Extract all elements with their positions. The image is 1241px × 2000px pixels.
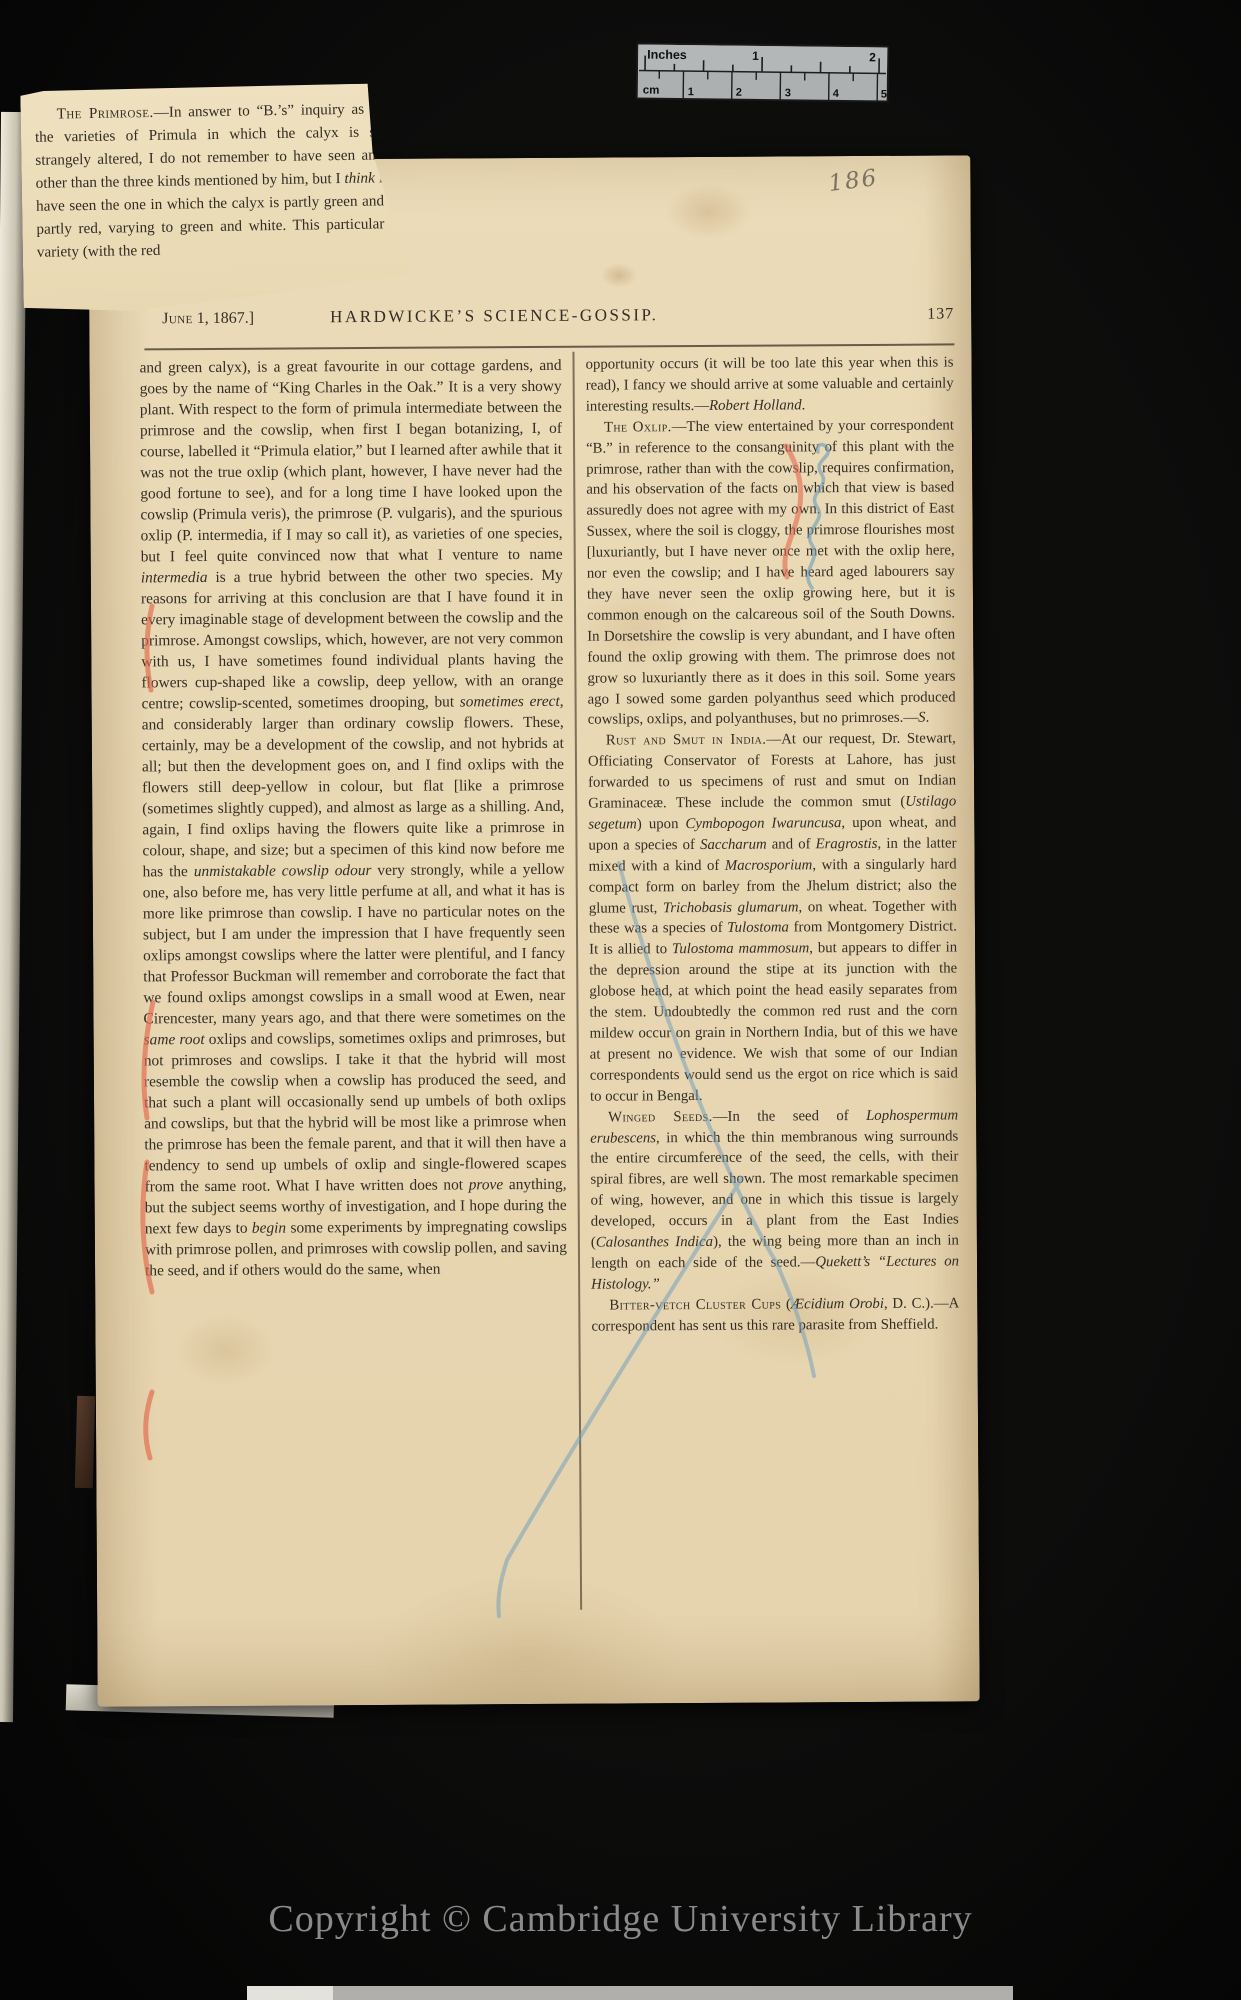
right-column: opportunity occurs (it will be too late … [585,352,961,1622]
paragraph: opportunity occurs (it will be too late … [585,352,953,417]
inch-number-1: 1 [752,49,759,63]
cm-label: cm [643,85,660,97]
page-title: HARDWICKE’S SCIENCE-GOSSIP. [319,305,669,327]
paragraph: and green calyx), is a great favourite i… [139,355,567,1282]
adjacent-page-edge [0,112,27,1722]
cm-number-5: 5 [881,88,887,100]
paragraph: The Oxlip.—The view entertained by your … [586,415,956,731]
handwritten-folio-number: 186 [827,165,880,197]
cm-number-4: 4 [833,88,840,100]
cm-number-1: 1 [688,86,694,98]
photo-backdrop: June 1, 1867.] HARDWICKE’S SCIENCE-GOSSI… [0,0,1241,2000]
magazine-page: June 1, 1867.] HARDWICKE’S SCIENCE-GOSSI… [88,155,979,1706]
cm-number-2: 2 [736,87,742,99]
scan-bed-edge [247,1986,1013,2000]
newspaper-clipping: The Primrose.—In answer to “B.’s” inquir… [20,83,410,317]
clipping-text: The Primrose.—In answer to “B.’s” inquir… [20,83,409,264]
paragraph: Winged Seeds.—In the seed of Lophospermu… [590,1105,959,1295]
left-column: and green calyx), is a great favourite i… [139,355,569,1630]
header-date: June 1, 1867.] [162,310,254,329]
paragraph: Rust and Smut in India.—At our request, … [588,729,958,1108]
inches-label: Inches [647,48,687,62]
measurement-ruler: Inches 1 2 cm 1 2 3 4 5 [636,42,890,102]
paragraph: Bitter-vetch Cluster Cups (Æcidium Orobi… [591,1293,959,1337]
inch-number-2: 2 [869,50,876,64]
column-divider [572,352,581,1610]
page-number: 137 [927,305,954,323]
library-watermark: Copyright © Cambridge University Library [0,1897,1241,1941]
scan-bed-highlight [247,1986,333,2000]
header-rule [144,343,954,350]
cm-number-3: 3 [785,87,791,99]
book-cover-edge [75,1396,95,1488]
